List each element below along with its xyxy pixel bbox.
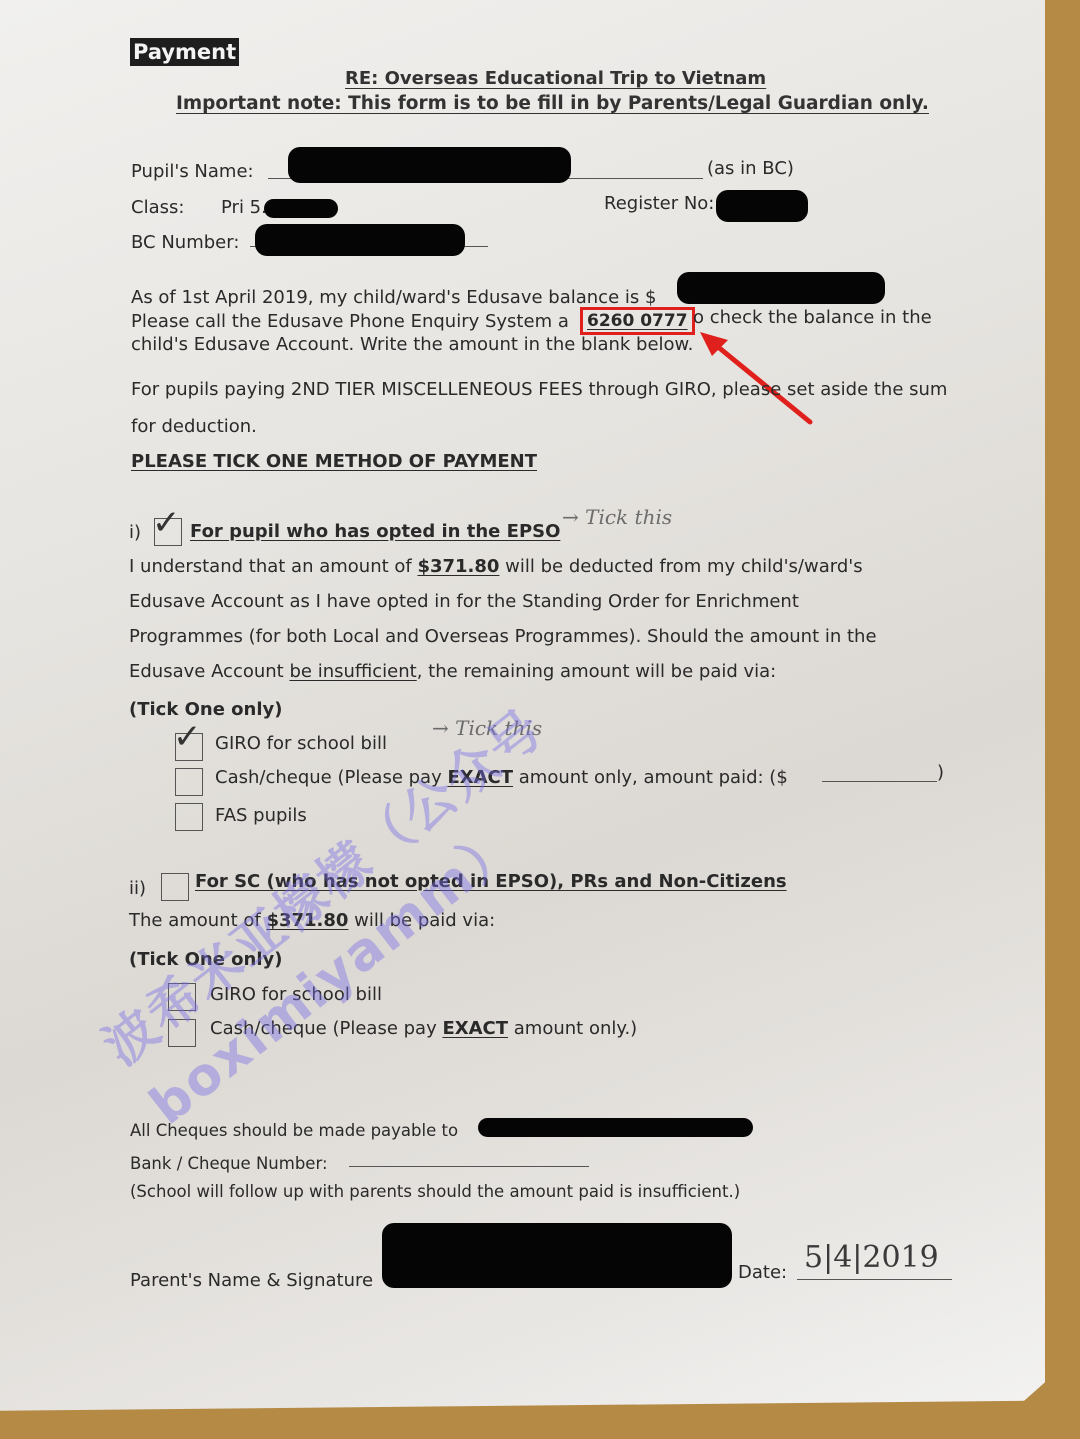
- as-in-bc-note: (as in BC): [707, 158, 794, 179]
- redaction: [288, 147, 571, 183]
- redaction: [716, 190, 808, 222]
- redaction: [255, 224, 465, 256]
- cash-cheque-checkbox[interactable]: [175, 768, 203, 796]
- redaction: [382, 1223, 732, 1288]
- amount-paid-field[interactable]: [822, 781, 937, 782]
- signature-label: Parent's Name & Signature: [130, 1270, 373, 1291]
- date-field[interactable]: [797, 1279, 952, 1280]
- phone-number-highlight: 6260 0777: [580, 307, 695, 335]
- edusave-phone-number: 6260 0777: [587, 311, 688, 331]
- checkmark-icon: ✓: [173, 720, 202, 754]
- bank-cheque-field[interactable]: [349, 1166, 589, 1167]
- balance-line-3: child's Edusave Account. Write the amoun…: [131, 334, 693, 355]
- register-no-label: Register No:: [604, 193, 714, 214]
- fas-checkbox[interactable]: [175, 803, 203, 831]
- pupil-name-label: Pupil's Name:: [131, 161, 254, 182]
- bank-cheque-label: Bank / Cheque Number:: [130, 1154, 328, 1173]
- giro-option-label: GIRO for school bill: [215, 733, 387, 754]
- tick-one-only: (Tick One only): [129, 699, 282, 720]
- handwritten-note: → Tick this: [562, 505, 672, 529]
- giro-note-line-1: For pupils paying 2ND TIER MISCELLENEOUS…: [131, 379, 947, 400]
- amount: $371.80: [417, 556, 499, 577]
- fas-option-label: FAS pupils: [215, 805, 307, 826]
- re-line: RE: Overseas Educational Trip to Vietnam: [345, 68, 766, 89]
- balance-line-1: As of 1st April 2019, my child/ward's Ed…: [131, 287, 656, 308]
- option-ii-numeral: ii): [129, 878, 146, 899]
- follow-up-note: (School will follow up with parents shou…: [130, 1182, 740, 1201]
- bc-number-label: BC Number:: [131, 232, 239, 253]
- checkmark-icon: ✓: [152, 506, 181, 540]
- class-label: Class:: [131, 197, 184, 218]
- date-label: Date:: [738, 1262, 787, 1283]
- giro-note-line-2: for deduction.: [131, 416, 257, 437]
- method-heading: PLEASE TICK ONE METHOD OF PAYMENT: [131, 451, 537, 472]
- class-value: Pri 5.: [221, 197, 267, 218]
- option-ii-checkbox[interactable]: [161, 873, 189, 901]
- paren-close: ): [937, 762, 944, 783]
- paper-form: Payment RE: Overseas Educational Trip to…: [0, 0, 1045, 1425]
- redaction: [264, 199, 338, 218]
- option-i-title: For pupil who has opted in the EPSO: [190, 521, 560, 542]
- section-badge: Payment: [130, 38, 239, 66]
- important-note: Important note: This form is to be fill …: [176, 93, 929, 114]
- balance-line-2: Please call the Edusave Phone Enquiry Sy…: [131, 311, 569, 332]
- redaction: [677, 272, 885, 304]
- option-i-numeral: i): [129, 522, 141, 543]
- date-value: 5|4|2019: [804, 1240, 939, 1275]
- balance-line-2-end: o check the balance in the: [693, 307, 932, 328]
- redaction: [478, 1118, 753, 1137]
